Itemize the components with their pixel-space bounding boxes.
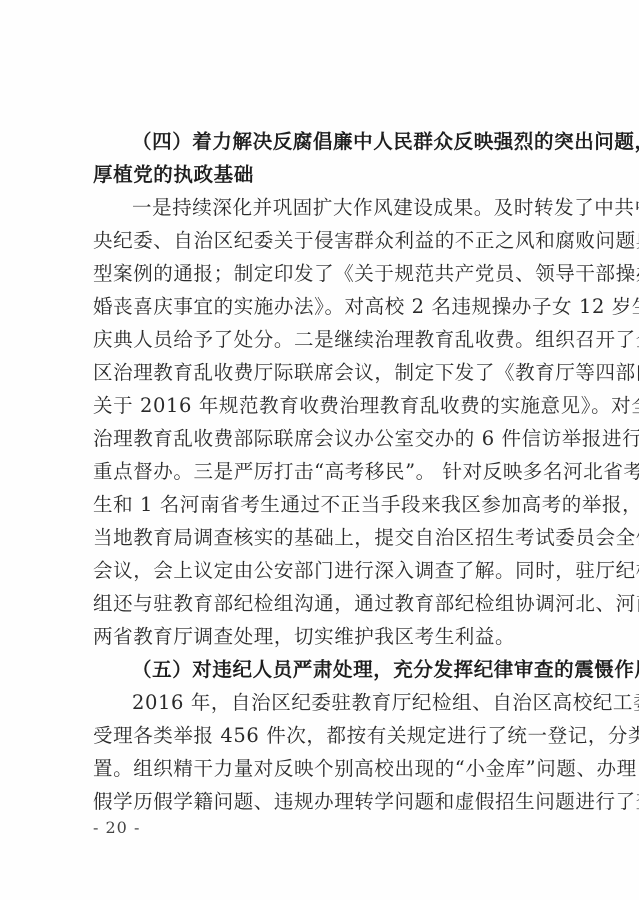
paragraph-line: 庆典人员给予了处分。二是继续治理教育乱收费。组织召开了全 [93,323,565,356]
paragraph-line: 一是持续深化并巩固扩大作风建设成果。及时转发了中共中 [93,191,565,224]
paragraph-line: 2016 年，自治区纪委驻教育厅纪检组、自治区高校纪工委共 [93,686,565,719]
page-number: - 20 - [93,818,140,837]
paragraph-line: 央纪委、自治区纪委关于侵害群众利益的不正之风和腐败问题典 [93,224,565,257]
paragraph-line: 婚丧喜庆事宜的实施办法》。对高校 2 名违规操办子女 12 岁生日 [93,290,565,323]
paragraph-line: 型案例的通报；制定印发了《关于规范共产党员、领导干部操办 [93,257,565,290]
paragraph-line: 置。组织精干力量对反映个别高校出现的“小金库”问题、办理 [93,752,565,785]
document-body: （四）着力解决反腐倡廉中人民群众反映强烈的突出问题， 厚植党的执政基础 一是持续… [93,125,565,818]
section-heading-4-line-2: 厚植党的执政基础 [93,158,565,191]
section-heading-5: （五）对违纪人员严肃处理，充分发挥纪律审查的震慑作用 [93,653,565,686]
paragraph-line: 区治理教育乱收费厅际联席会议，制定下发了《教育厅等四部门 [93,356,565,389]
paragraph-line: 组还与驻教育部纪检组沟通，通过教育部纪检组协调河北、河南 [93,587,565,620]
paragraph-line: 治理教育乱收费部际联席会议办公室交办的 6 件信访举报进行了 [93,422,565,455]
paragraph-line: 受理各类举报 456 件次，都按有关规定进行了统一登记，分类处 [93,719,565,752]
paragraph-line: 重点督办。三是严厉打击“高考移民”。 针对反映多名河北省考 [93,455,565,488]
paragraph-line: 两省教育厅调查处理，切实维护我区考生利益。 [93,620,565,653]
section-heading-4-line-1: （四）着力解决反腐倡廉中人民群众反映强烈的突出问题， [93,125,565,158]
paragraph-line: 当地教育局调查核实的基础上，提交自治区招生考试委员会全体 [93,521,565,554]
paragraph-line: 关于 2016 年规范教育收费治理教育乱收费的实施意见》。对全国 [93,389,565,422]
paragraph-line: 生和 1 名河南省考生通过不正当手段来我区参加高考的举报，在 [93,488,565,521]
paragraph-line: 假学历假学籍问题、违规办理转学问题和虚假招生问题进行了查 [93,785,565,818]
document-page: （四）着力解决反腐倡廉中人民群众反映强烈的突出问题， 厚植党的执政基础 一是持续… [0,0,639,900]
paragraph-line: 会议，会上议定由公安部门进行深入调查了解。同时，驻厅纪检 [93,554,565,587]
